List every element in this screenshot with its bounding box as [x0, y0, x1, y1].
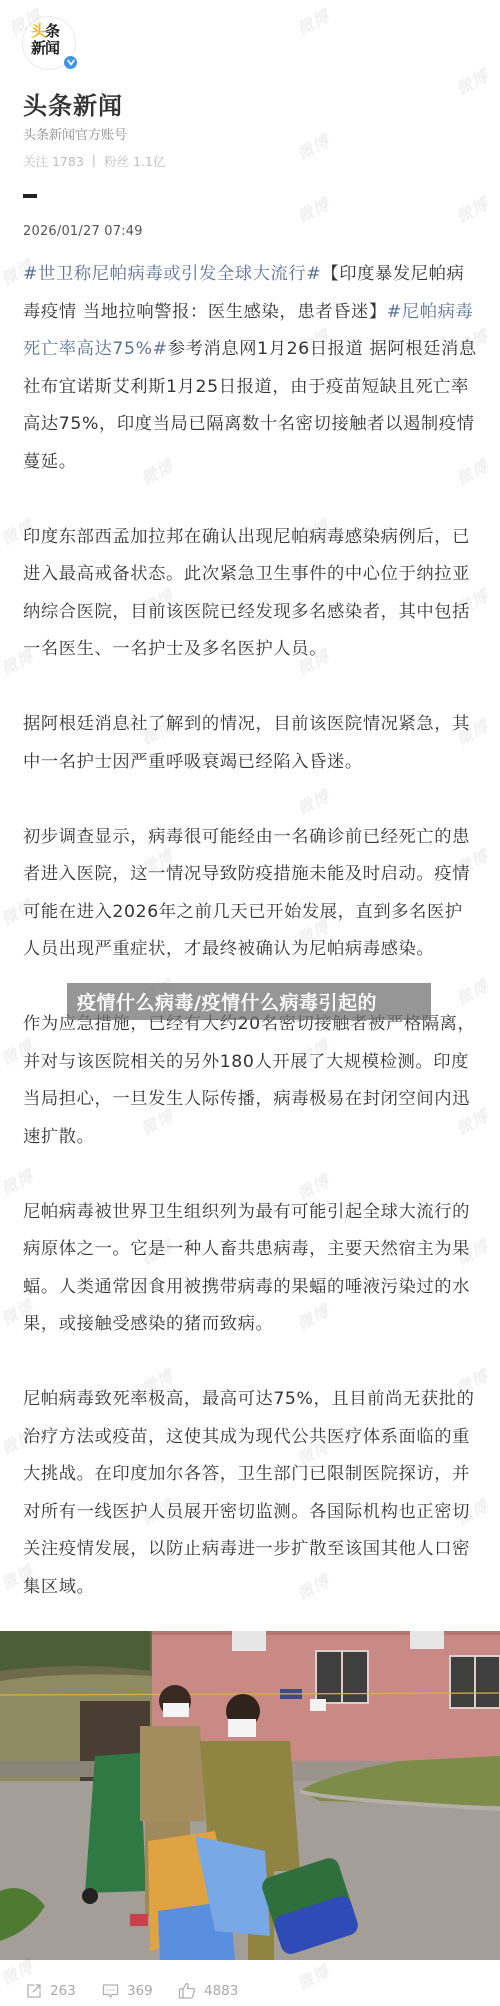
photo-illustration	[0, 1631, 500, 1960]
avatar-logo-line2: 新闻	[31, 39, 59, 57]
stats-separator: |	[92, 152, 96, 170]
thumbs-up-icon	[178, 1982, 196, 1999]
article-paragraph: #世卫称尼帕病毒或引发全球大流行#【印度暴发尼帕病毒疫情 当地拉响警报：医生感染…	[23, 256, 478, 481]
article-body: #世卫称尼帕病毒或引发全球大流行#【印度暴发尼帕病毒疫情 当地拉响警报：医生感染…	[23, 256, 478, 1644]
caption-overlay-text: 疫情什么病毒/疫情什么病毒引起的	[77, 988, 377, 1015]
post-photo[interactable]	[0, 1631, 500, 1960]
article-paragraph: 尼帕病毒被世界卫生组织列为最有可能引起全球大流行的病原体之一。它是一种人畜共患病…	[23, 1194, 478, 1344]
section-divider-dash	[23, 194, 37, 198]
watermark-text: 微博	[452, 191, 493, 227]
watermark-text: 微博	[293, 191, 334, 227]
share-button[interactable]: 263	[26, 1983, 102, 1999]
article-paragraph: 尼帕病毒致死率极高，最高可达75%，且目前尚无获批的治疗方法或疫苗，这使其成为现…	[23, 1381, 478, 1606]
like-button[interactable]: 4883	[178, 1982, 254, 1999]
post-actions-bar: 263 369 4883	[26, 1982, 254, 1999]
article-paragraph: 据阿根廷消息社了解到的情况，目前该医院情况紧急，其中一名护士因严重呼吸衰竭已经陷…	[23, 706, 478, 781]
watermark-text: 微博	[293, 1958, 334, 1994]
avatar-logo-char: 条	[45, 22, 59, 40]
follow-count[interactable]: 关注 1783	[23, 152, 84, 170]
avatar-logo-char-yellow: 头	[31, 22, 45, 40]
account-avatar[interactable]: 头条 新闻	[22, 16, 76, 70]
watermark-text: 微博	[293, 3, 334, 39]
share-count: 263	[50, 1983, 76, 1999]
account-stats: 关注 1783 | 粉丝 1.1亿	[23, 152, 165, 170]
share-icon	[26, 1983, 42, 1999]
verified-v-icon	[63, 55, 78, 70]
like-count: 4883	[204, 1983, 238, 1999]
article-paragraph: 初步调查显示，病毒很可能经由一名确诊前已经死亡的患者进入医院，这一情况导致防疫措…	[23, 819, 478, 969]
hashtag-link[interactable]: #世卫称尼帕病毒或引发全球大流行#	[23, 264, 321, 284]
account-subtitle: 头条新闻官方账号	[23, 124, 127, 143]
avatar-logo-text: 头条 新闻	[31, 23, 71, 57]
post-timestamp: 2026/01/27 07:49	[23, 224, 143, 239]
account-name[interactable]: 头条新闻	[23, 86, 123, 121]
caption-overlay-banner: 疫情什么病毒/疫情什么病毒引起的	[67, 983, 431, 1020]
comment-button[interactable]: 369	[102, 1983, 178, 1999]
article-paragraph: 作为应急措施，已经有大约20名密切接触者被严格隔离，并对与该医院相关的另外180…	[23, 1006, 478, 1156]
watermark-text: 微博	[293, 128, 334, 164]
article-paragraph: 印度东部西孟加拉邦在确认出现尼帕病毒感染病例后，已进入最高戒备状态。此次紧急卫生…	[23, 519, 478, 669]
comment-count: 369	[127, 1983, 153, 1999]
watermark-text: 微博	[452, 63, 493, 99]
comment-icon	[102, 1983, 119, 1999]
fans-count[interactable]: 粉丝 1.1亿	[104, 152, 165, 170]
